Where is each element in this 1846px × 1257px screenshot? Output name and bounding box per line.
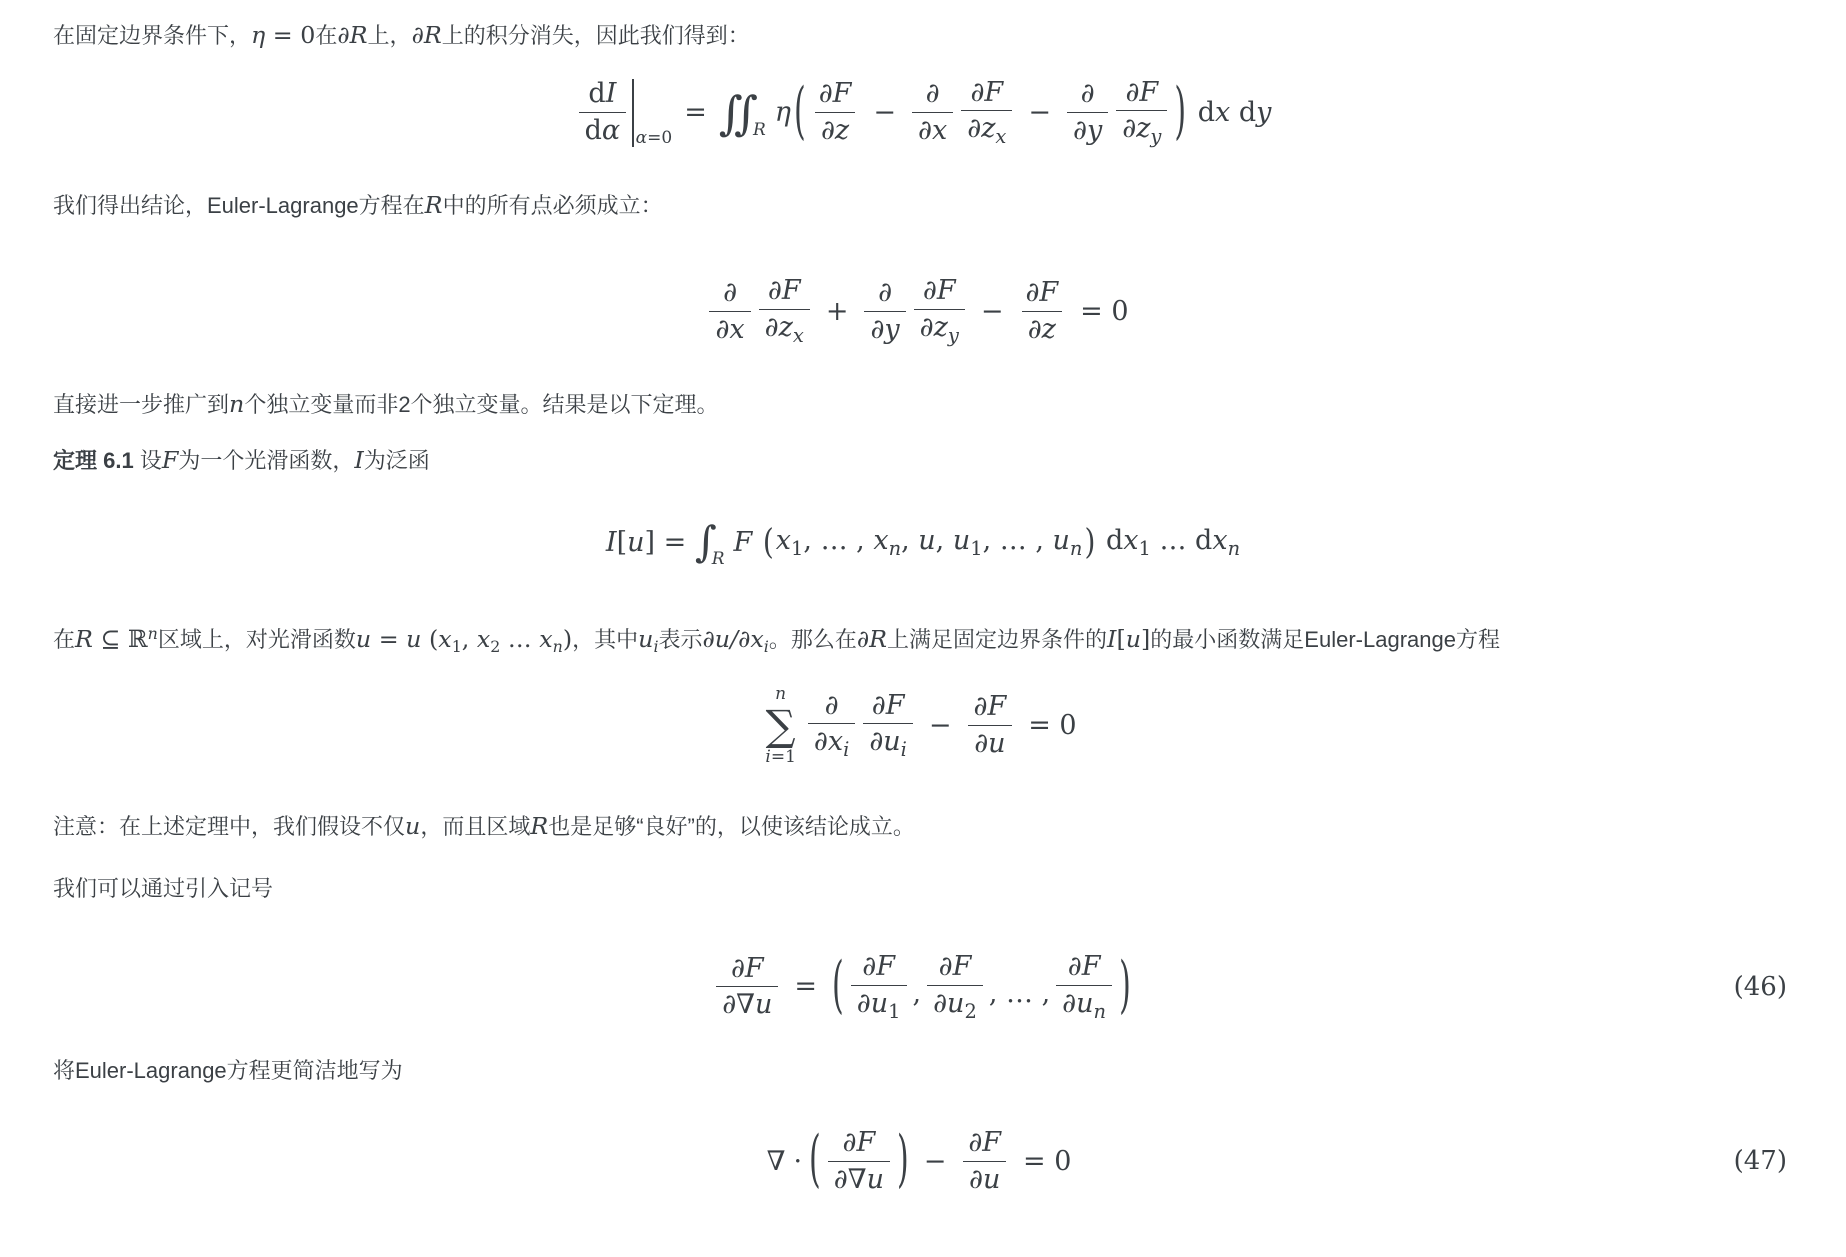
text-run: 也是足够“良好”的，以使该结论成立。 <box>548 814 915 839</box>
fraction-dF-dz: ∂F ∂z <box>813 76 858 149</box>
fraction-denominator: ∂∇u <box>828 1161 890 1198</box>
text-run: u <box>405 812 420 840</box>
text-run: n <box>148 624 158 643</box>
math-token: x <box>995 125 1006 148</box>
nabla-symbol: ∇ <box>767 1146 786 1177</box>
text-run: = 0 <box>265 21 315 49</box>
math-token: x <box>793 324 804 347</box>
math-token: d <box>585 115 602 146</box>
text-run: R <box>75 625 93 653</box>
text-run: x <box>438 625 451 653</box>
text-run: 设 <box>134 448 162 473</box>
equation-number-47: (47) <box>1734 1146 1787 1176</box>
math-token: I <box>606 78 617 109</box>
text-run: 我们得出结论，Euler-Lagrange方程在 <box>53 193 425 218</box>
math-token: i <box>843 738 849 761</box>
fraction-dF-du1: ∂F ∂u1 <box>851 949 907 1025</box>
fraction-denominator: ∂zy <box>914 309 965 349</box>
right-paren: ) <box>897 1130 909 1192</box>
summation: n ∑ i=1 <box>765 685 796 766</box>
paragraph-generalization: 直接进一步推广到n个独立变量而非2个独立变量。结果是以下定理。 <box>53 387 1793 423</box>
text-run: 我们可以通过引入记号 <box>53 876 273 901</box>
text-run: u <box>406 625 421 653</box>
math-token: y <box>1256 97 1271 128</box>
math-token: ∂y <box>1073 115 1102 146</box>
fraction-numerator: ∂F <box>856 949 901 985</box>
fraction-d-dx: ∂ ∂x <box>912 76 953 149</box>
equation-47-divergence-form: ∇ · ( ∂F ∂∇u ) − ∂F ∂u = 0 (47) <box>53 1125 1793 1198</box>
text-run: x <box>539 625 552 653</box>
fraction-numerator: ∂F <box>1062 949 1107 985</box>
math-token: ∂F <box>970 77 1003 108</box>
math-token: ∂ <box>722 989 736 1020</box>
math-token: ∂F <box>974 691 1007 722</box>
minus-sign: − <box>1028 97 1051 128</box>
text-run: ，而且区域 <box>420 814 530 839</box>
text-run: 上， <box>368 23 412 48</box>
math-token: 2 <box>964 1000 976 1023</box>
math-token: ∂F <box>1025 277 1058 308</box>
text-run: = <box>371 625 406 653</box>
fraction-numerator: ∂F <box>933 949 978 985</box>
math-token: ∂ <box>1081 78 1095 109</box>
text-run: ∂R <box>337 21 367 49</box>
text-run: F <box>162 446 178 474</box>
math-token: ∂x <box>715 314 744 345</box>
fraction-numerator: ∂F <box>837 1125 882 1161</box>
sum-lower-limit: i=1 <box>765 748 796 767</box>
math-token: ∂F <box>923 275 956 306</box>
text-run: 表示 <box>659 627 703 652</box>
integrand-arguments: x1, … , xn, u, u1, … , un <box>776 525 1083 560</box>
math-token: ∂z <box>1122 113 1150 144</box>
math-token: ] = <box>645 527 695 558</box>
math-token: x <box>1212 525 1227 556</box>
paragraph-theorem-body: 在R ⊆ ℝn区域上，对光滑函数u = u (x1, x2 … xn)，其中ui… <box>53 612 1793 667</box>
fraction-numerator: ∂F <box>1119 75 1164 111</box>
text-run: η <box>251 21 265 49</box>
text-run: 定理 6.1 <box>53 448 134 473</box>
math-token: , <box>901 525 918 556</box>
fraction-numerator: ∂F <box>964 75 1009 111</box>
math-token: , … , <box>803 525 873 556</box>
equation-number-46: (46) <box>1734 972 1787 1002</box>
math-token: d <box>1189 97 1215 128</box>
math-token: ∂F <box>1125 77 1158 108</box>
math-token: α <box>636 128 647 148</box>
fraction-dF-dzx: ∂F ∂zx <box>759 273 810 349</box>
fraction-dF-dz: ∂F ∂z <box>1019 275 1064 348</box>
equals-zero: = 0 <box>1028 710 1076 741</box>
math-token: ∂x <box>918 115 947 146</box>
text-run: 在固定边界条件下， <box>53 23 251 48</box>
eta-symbol: η <box>775 97 791 128</box>
math-token: ∂x <box>814 726 843 757</box>
differentials: dx dy <box>1189 97 1271 128</box>
fraction-numerator: ∂F <box>725 951 770 987</box>
text-run: n <box>553 637 563 656</box>
fraction-numerator: ∂ <box>717 275 743 311</box>
text-run: … <box>500 625 539 653</box>
text-run: ∂R <box>412 21 442 49</box>
math-token: d <box>1097 525 1123 556</box>
math-token: =0 <box>647 128 672 148</box>
equation-46-gradient-notation: ∂F ∂∇u = ( ∂F ∂u1 , ∂F ∂u2 , … , ∂F ∂un … <box>53 949 1793 1025</box>
text-run: u <box>638 625 653 653</box>
math-token: , <box>936 525 953 556</box>
paragraph-notation-intro: 我们可以通过引入记号 <box>53 872 1793 905</box>
left-paren: ( <box>832 956 844 1018</box>
text-run: 的最小函数满足Euler-Lagrange方程 <box>1150 627 1500 652</box>
text-run: x <box>477 625 490 653</box>
math-token: ∇ <box>736 989 755 1020</box>
fraction-numerator: ∂F <box>813 76 858 112</box>
math-token: ∂z <box>1028 314 1056 345</box>
math-token: ∂z <box>967 113 995 144</box>
equation-dI-dalpha: dI dα α=0 = ∬ R η ( ∂F ∂z − ∂ ∂x ∂F ∂zx … <box>53 75 1793 151</box>
fraction-dF-dgradu: ∂F ∂∇u <box>716 951 778 1024</box>
math-token: n <box>889 537 902 560</box>
fraction-denominator: ∂u <box>968 725 1011 762</box>
text-run: , <box>462 625 477 653</box>
math-token: 1 <box>888 1000 900 1023</box>
math-token: x <box>873 525 888 556</box>
math-token: 1 <box>970 537 982 560</box>
math-token: ∂u <box>1062 988 1093 1019</box>
fraction-numerator: ∂F <box>917 273 962 309</box>
math-token: =1 <box>771 747 796 767</box>
math-token: α <box>602 115 620 146</box>
minus-sign: − <box>924 1146 947 1177</box>
math-token: u <box>867 1164 884 1195</box>
fraction-denominator: ∂u2 <box>927 985 983 1025</box>
math-token: 1 <box>791 537 803 560</box>
math-token: = 0 <box>1080 296 1128 327</box>
equals-zero: = 0 <box>1080 296 1128 327</box>
dot-operator: · <box>793 1146 802 1177</box>
fraction-dF-dzx: ∂F ∂zx <box>961 75 1012 151</box>
text-run: I <box>354 446 363 474</box>
math-token: ∂ <box>723 277 737 308</box>
right-paren: ) <box>1119 956 1131 1018</box>
math-token: ∂u <box>974 728 1005 759</box>
math-token: ∇ <box>848 1164 867 1195</box>
fraction-dF-du: ∂F ∂u <box>962 1125 1007 1198</box>
integrand-head: F <box>734 527 761 558</box>
equals-sign: = <box>684 97 707 128</box>
fraction-denominator: ∂y <box>1067 112 1108 149</box>
paragraph-fixed-boundary: 在固定边界条件下，η = 0在∂R上，∂R上的积分消失，因此我们得到： <box>53 18 1793 54</box>
math-token: ∂F <box>819 78 852 109</box>
integral-domain: R <box>753 120 766 140</box>
math-token: ∂u <box>857 988 888 1019</box>
text-run: u <box>356 625 371 653</box>
fraction-d-dy: ∂ ∂y <box>864 275 905 348</box>
paragraph-theorem-6-1: 定理 6.1 设F为一个光滑函数，I为泛函 <box>53 443 1793 479</box>
math-token: ∂ <box>825 690 839 721</box>
right-paren: ) <box>1174 82 1186 144</box>
math-token: 1 <box>1139 537 1151 560</box>
math-token: ∂u <box>933 988 964 1019</box>
fraction-denominator: ∂y <box>864 311 905 348</box>
comma: , <box>913 978 922 1025</box>
math-token: y <box>1150 125 1161 148</box>
math-token: ∂F <box>939 951 972 982</box>
text-run: 上满足固定边界条件的 <box>887 627 1107 652</box>
text-run: [ <box>1116 625 1125 653</box>
math-token: d <box>1230 97 1256 128</box>
math-token: u <box>918 525 935 556</box>
fraction-denominator: ∂u <box>963 1161 1006 1198</box>
math-token: F <box>734 527 753 558</box>
fraction-dF-du: ∂F ∂u <box>968 689 1013 762</box>
math-token: ∂u <box>969 1164 1000 1195</box>
math-token: n <box>1228 537 1241 560</box>
text-run: 为一个光滑函数， <box>178 448 354 473</box>
math-token: [ <box>617 527 628 558</box>
left-paren: ( <box>763 525 774 560</box>
fraction-denominator: dα <box>579 112 627 149</box>
equation-functional: I[u] = ∫ R F ( x1, … , xn, u, u1, … , un… <box>53 521 1793 563</box>
math-token: ∂z <box>821 115 849 146</box>
fraction-denominator: ∂zx <box>759 309 810 349</box>
text-run: ，其中 <box>572 627 638 652</box>
equals-zero: = 0 <box>1023 1146 1071 1177</box>
text-run: 为泛函 <box>364 448 430 473</box>
math-token: ∂ <box>926 78 940 109</box>
math-token: ∂y <box>870 314 899 345</box>
math-token: u <box>627 527 644 558</box>
equation-euler-lagrange-nd: n ∑ i=1 ∂ ∂xi ∂F ∂ui − ∂F ∂u = 0 <box>53 685 1793 766</box>
fraction-denominator: ∂z <box>1022 311 1062 348</box>
fraction-numerator: ∂F <box>866 688 911 724</box>
evaluation-subscript: α=0 <box>636 128 673 148</box>
text-run: 中的所有点必须成立： <box>443 193 663 218</box>
math-token: … <box>1151 525 1195 556</box>
differentials: dx1 … dxn <box>1097 525 1240 560</box>
math-token: ∂z <box>920 312 948 343</box>
fraction-numerator: ∂F <box>1019 275 1064 311</box>
right-paren: ) <box>1084 525 1095 560</box>
text-run: ) <box>563 625 572 653</box>
fraction-numerator: ∂ <box>872 275 898 311</box>
text-run: ∂R <box>857 625 887 653</box>
text-run: ( <box>421 625 438 653</box>
math-token: u <box>755 989 772 1020</box>
fraction-denominator: ∂x <box>912 112 953 149</box>
text-run: ⊆ ℝ <box>93 625 148 653</box>
text-run: ∂u/∂x <box>703 625 764 653</box>
sigma-sign: ∑ <box>766 704 796 748</box>
math-token: x <box>1215 97 1230 128</box>
fraction-numerator: ∂ <box>1075 76 1101 112</box>
math-token: ∂F <box>968 1127 1001 1158</box>
math-token: ∂F <box>843 1127 876 1158</box>
plus-sign: + <box>826 296 849 327</box>
math-token: x <box>1123 525 1138 556</box>
minus-sign: − <box>981 296 1004 327</box>
fraction-numerator: ∂F <box>762 273 807 309</box>
text-run: n <box>229 390 244 418</box>
fraction-denominator: ∂xi <box>808 723 855 763</box>
text-run: R <box>425 191 443 219</box>
math-token: ∂F <box>872 690 905 721</box>
math-token: d <box>588 78 605 109</box>
fraction-denominator: ∂x <box>709 311 750 348</box>
fraction-denominator: ∂z <box>815 112 855 149</box>
fraction-denominator: ∂ui <box>863 723 913 763</box>
math-token: ∂u <box>869 726 900 757</box>
fraction-denominator: ∂zy <box>1116 110 1167 150</box>
fraction-dI-dalpha: dI dα <box>579 76 627 149</box>
fraction-denominator: ∂zx <box>961 110 1012 150</box>
math-token: i <box>901 738 907 761</box>
evaluated-at-bar: α=0 <box>632 79 672 147</box>
fraction-dF-dui: ∂F ∂ui <box>863 688 913 764</box>
fraction-denominator: ∂un <box>1056 985 1112 1025</box>
math-token: u <box>953 525 970 556</box>
functional-lhs: I[u] = <box>606 527 695 558</box>
left-paren: ( <box>809 1130 821 1192</box>
paragraph-compact-form: 将Euler-Lagrange方程更简洁地写为 <box>53 1054 1793 1087</box>
math-token: d <box>1195 525 1212 556</box>
minus-sign: − <box>929 710 952 741</box>
math-token: ∂z <box>765 312 793 343</box>
text-run: 上的积分消失，因此我们得到： <box>442 23 750 48</box>
fraction-numerator: ∂ <box>920 76 946 112</box>
fraction-dF-du2: ∂F ∂u2 <box>927 949 983 1025</box>
fraction-d-dxi: ∂ ∂xi <box>808 688 855 764</box>
math-token: ∂F <box>862 951 895 982</box>
fraction-numerator: ∂ <box>819 688 845 724</box>
math-token: n <box>1070 537 1083 560</box>
math-token: = 0 <box>1023 1146 1071 1177</box>
paragraph-note: 注意：在上述定理中，我们假设不仅u，而且区域R也是足够“良好”的，以使该结论成立… <box>53 809 1793 845</box>
text-run: u <box>1126 625 1141 653</box>
math-token <box>752 527 761 558</box>
math-token: ∂F <box>731 953 764 984</box>
fraction-dF-dgradu: ∂F ∂∇u <box>828 1125 890 1198</box>
text-run: 1 <box>452 637 462 656</box>
math-token: ∂F <box>768 275 801 306</box>
text-run: R <box>530 812 548 840</box>
math-token: n <box>1094 1000 1107 1023</box>
fraction-numerator: dI <box>582 76 622 112</box>
math-token: u <box>1053 525 1070 556</box>
math-token: , … , <box>983 525 1053 556</box>
fraction-dF-dzy: ∂F ∂zy <box>1116 75 1167 151</box>
fraction-d-dy: ∂ ∂y <box>1067 76 1108 149</box>
math-token: ∂ <box>834 1164 848 1195</box>
math-token: ∂F <box>1068 951 1101 982</box>
ellipsis: , … , <box>989 978 1050 1025</box>
equals-sign: = <box>794 971 817 1002</box>
text-run: 个独立变量而非2个独立变量。结果是以下定理。 <box>244 392 718 417</box>
text-run: 区域上，对光滑函数 <box>158 627 356 652</box>
text-run: 将Euler-Lagrange方程更简洁地写为 <box>53 1058 403 1083</box>
text-run: 在 <box>53 627 75 652</box>
document-page: 在固定边界条件下，η = 0在∂R上，∂R上的积分消失，因此我们得到： dI d… <box>0 0 1846 1257</box>
fraction-numerator: ∂F <box>962 1125 1007 1161</box>
fraction-dF-dzy: ∂F ∂zy <box>914 273 965 349</box>
minus-sign: − <box>873 97 896 128</box>
integral-domain: R <box>712 549 725 569</box>
math-token: y <box>948 324 959 347</box>
math-token: I <box>606 527 617 558</box>
text-run: 直接进一步推广到 <box>53 392 229 417</box>
text-run: 。那么在 <box>769 627 857 652</box>
fraction-denominator: ∂u1 <box>851 985 907 1025</box>
text-run: 注意：在上述定理中，我们假设不仅 <box>53 814 405 839</box>
left-paren: ( <box>794 82 806 144</box>
text-run: 2 <box>490 637 500 656</box>
text-run: 在 <box>315 23 337 48</box>
fraction-d-dx: ∂ ∂x <box>709 275 750 348</box>
fraction-dF-dun: ∂F ∂un <box>1056 949 1112 1025</box>
math-token: x <box>776 525 791 556</box>
fraction-numerator: ∂F <box>968 689 1013 725</box>
fraction-denominator: ∂∇u <box>716 986 778 1023</box>
math-token: ∂ <box>878 277 892 308</box>
vertical-bar <box>632 79 634 147</box>
paragraph-conclusion: 我们得出结论，Euler-Lagrange方程在R中的所有点必须成立： <box>53 188 1793 224</box>
equation-euler-lagrange-2d: ∂ ∂x ∂F ∂zx + ∂ ∂y ∂F ∂zy − ∂F ∂z = 0 <box>53 273 1793 349</box>
math-token: = 0 <box>1028 710 1076 741</box>
text-run: ] <box>1141 625 1150 653</box>
